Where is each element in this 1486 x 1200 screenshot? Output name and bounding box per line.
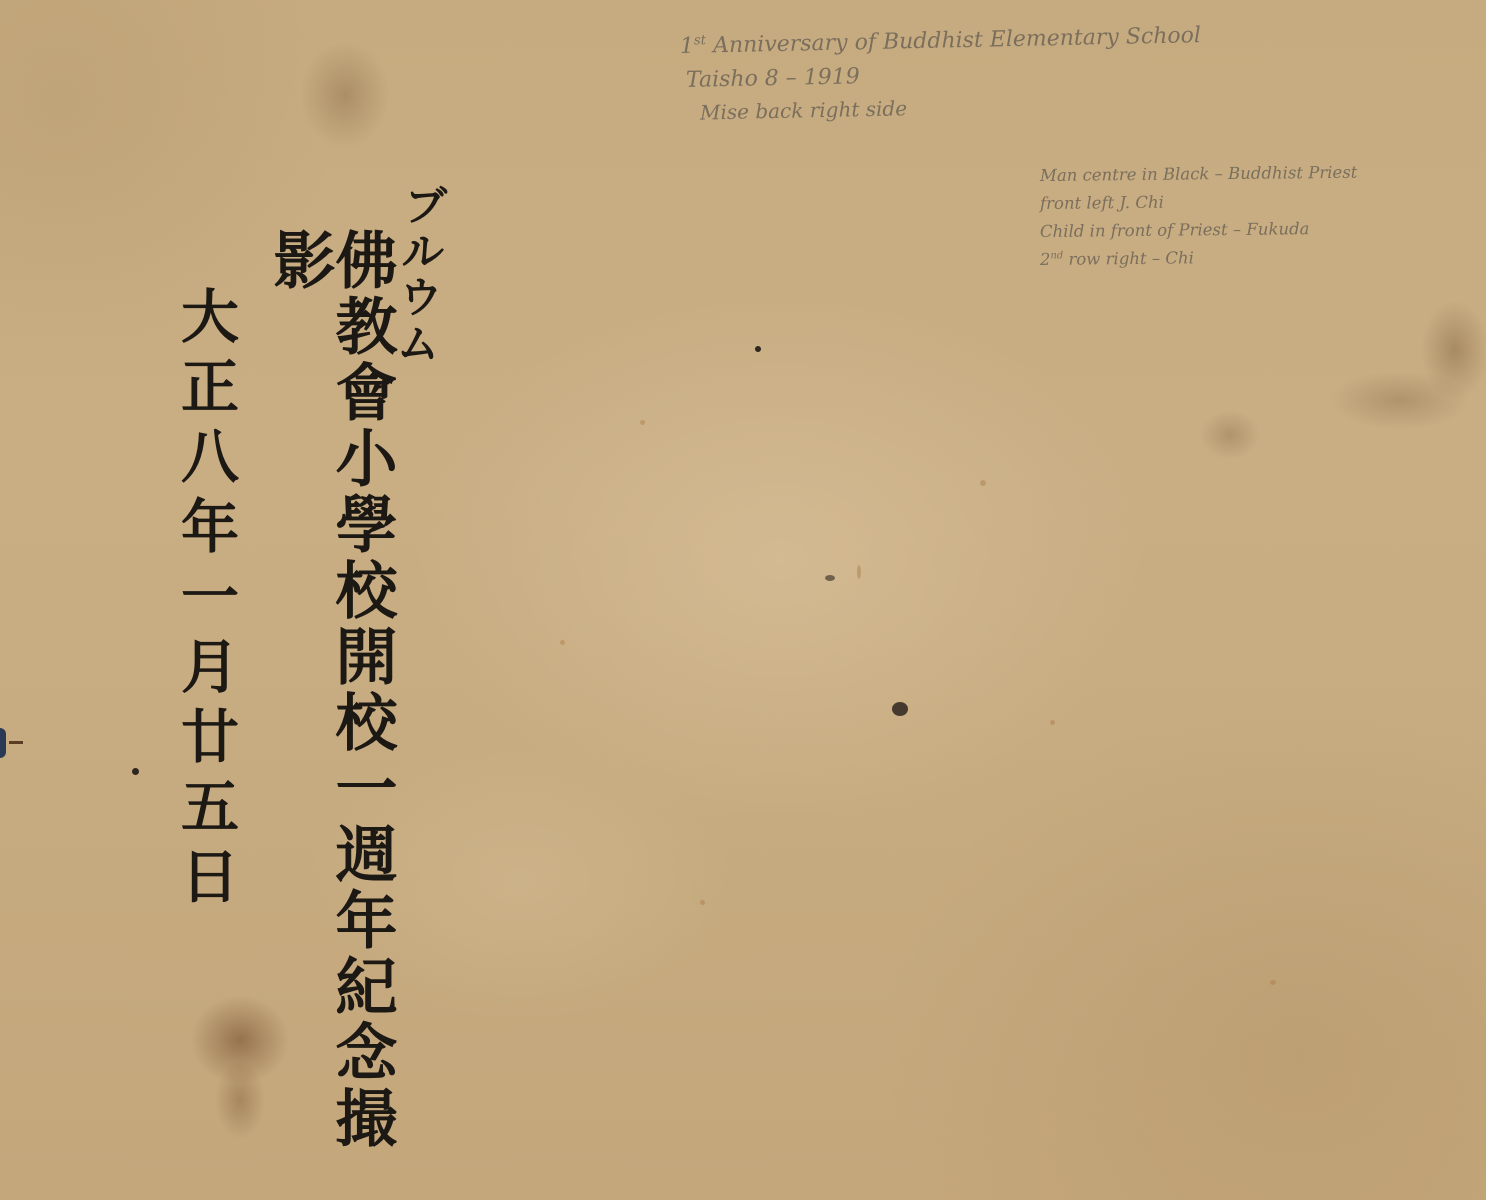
edge-ink-mark: [0, 728, 6, 758]
fiber-speck: [640, 420, 645, 425]
pencil-note-identifications: Man centre in Black – Buddhist Priest fr…: [1040, 162, 1357, 274]
fiber-speck: [560, 640, 565, 645]
stain-lower-left-drip: [215, 1060, 265, 1140]
fiber-speck: [1270, 980, 1276, 985]
fiber-speck: [1050, 720, 1055, 725]
note-line-front-left: front left J. Chi: [1040, 187, 1358, 218]
ink-dot: [892, 702, 908, 716]
note-line-priest: Man centre in Black – Buddhist Priest: [1040, 159, 1358, 190]
fiber-speck: [857, 565, 861, 579]
pencil-note-top: 1st Anniversary of Buddhist Elementary S…: [680, 30, 1201, 129]
fiber-speck: [700, 900, 705, 905]
ink-dot: [755, 346, 761, 352]
edge-scratch: [9, 741, 23, 744]
calligraphy-title: 佛教會小學校開校一週年紀念撮影: [268, 228, 392, 1200]
note-line-second-row: 2nd row right – Chi: [1040, 243, 1358, 274]
note-line-child: Child in front of Priest – Fukuda: [1040, 215, 1358, 246]
fiber-speck: [980, 480, 986, 486]
photo-mount-back: ブルウム 佛教會小學校開校一週年紀念撮影 大正八年一月廿五日 1st Anniv…: [0, 0, 1486, 1200]
stain-top-left: [300, 40, 390, 150]
stain-mid: [1200, 410, 1260, 460]
stain-right-band: [1330, 370, 1470, 430]
calligraphy-date: 大正八年一月廿五日: [176, 286, 234, 916]
ink-dot: [825, 575, 835, 581]
ink-dot: [132, 768, 139, 775]
stain-right-top: [1420, 300, 1486, 400]
